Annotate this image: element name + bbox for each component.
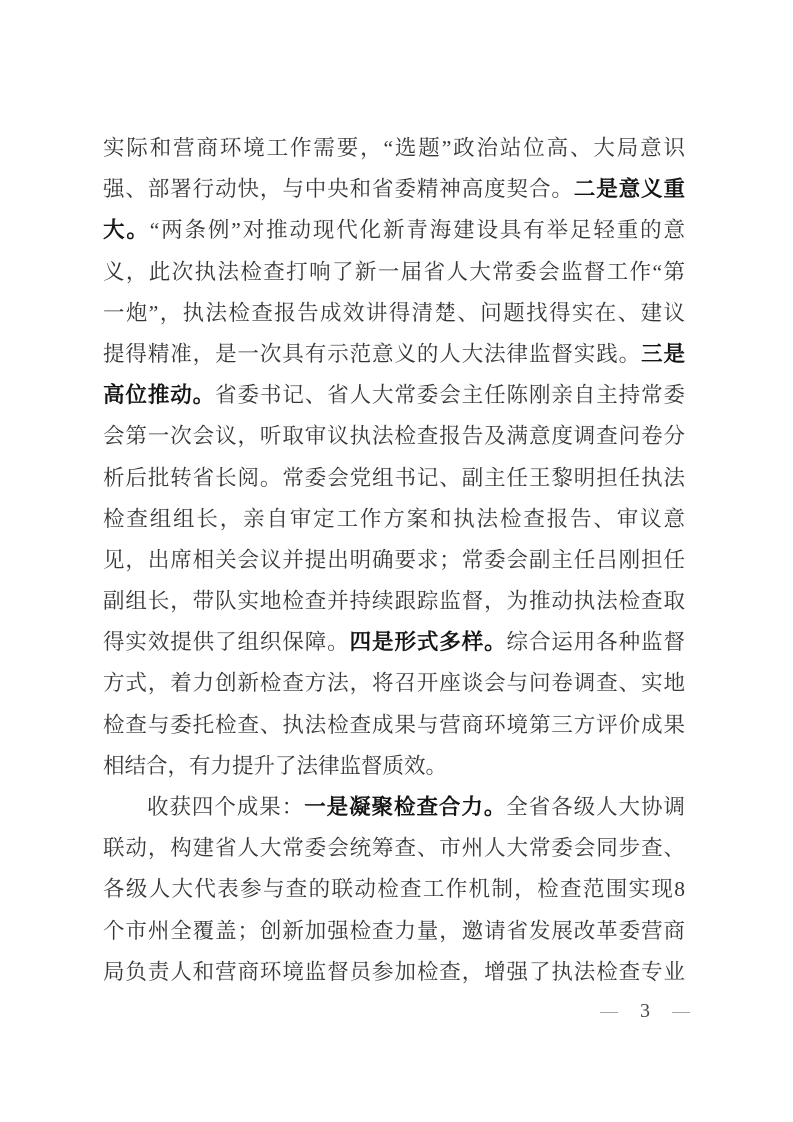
text-line: 收获四个成果：一是凝聚检查合力。全省各级人大协调 xyxy=(103,787,685,828)
text-segment: 检查组组长，亲自审定工作方案和执法检查报告、审议意 xyxy=(103,507,685,531)
text-line: 实际和营商环境工作需要，“选题”政治站位高、大局意识 xyxy=(103,128,685,169)
text-line: 析后批转省长阅。常委会党组书记、副主任王黎明担任执法 xyxy=(103,458,685,499)
bold-text-segment: 三是 xyxy=(641,342,685,366)
text-line: 副组长，带队实地检查并持续跟踪监督，为推动执法检查取 xyxy=(103,581,685,622)
page-number-value: 3 xyxy=(640,1000,650,1023)
text-segment: 全省各级人大协调 xyxy=(506,795,685,819)
text-segment: 相结合，有力提升了法律监督质效。 xyxy=(103,754,447,778)
page-number-dash-right: — xyxy=(672,1001,690,1022)
text-segment: 一炮”，执法检查报告成效讲得清楚、问题找得实在、建议 xyxy=(103,301,685,325)
text-line: 一炮”，执法检查报告成效讲得清楚、问题找得实在、建议 xyxy=(103,293,685,334)
text-segment: 各级人大代表参与查的联动检查工作机制，检查范围实现8 xyxy=(103,877,685,901)
text-segment: 收获四个成果： xyxy=(147,795,304,819)
text-segment: 得实效提供了组织保障。 xyxy=(103,630,350,654)
document-page: 实际和营商环境工作需要，“选题”政治站位高、大局意识强、部署行动快，与中央和省委… xyxy=(0,0,793,1122)
text-segment: 析后批转省长阅。常委会党组书记、副主任王黎明担任执法 xyxy=(103,466,685,490)
bold-text-segment: 高位推动。 xyxy=(103,383,215,407)
text-line: 大。“两条例”对推动现代化新青海建设具有举足轻重的意 xyxy=(103,210,685,251)
text-line: 方式，着力创新检查方法，将召开座谈会与问卷调查、实地 xyxy=(103,663,685,704)
text-segment: 检查与委托检查、执法检查成果与营商环境第三方评价成果 xyxy=(103,713,685,737)
text-segment: 局负责人和营商环境监督员参加检查，增强了执法检查专业 xyxy=(103,960,685,984)
text-segment: 副组长，带队实地检查并持续跟踪监督，为推动执法检查取 xyxy=(103,589,685,613)
text-segment: 义，此次执法检查打响了新一届省人大常委会监督工作“第 xyxy=(103,260,685,284)
text-line: 见，出席相关会议并提出明确要求；常委会副主任吕刚担任 xyxy=(103,540,685,581)
page-number: — 3 — xyxy=(600,997,690,1025)
text-line: 相结合，有力提升了法律监督质效。 xyxy=(103,746,685,787)
text-segment: 省委书记、省人大常委会主任陈刚亲自主持常委 xyxy=(215,383,685,407)
text-line: 联动，构建省人大常委会统筹查、市州人大常委会同步查、 xyxy=(103,828,685,869)
text-line: 个市州全覆盖；创新加强检查力量，邀请省发展改革委营商 xyxy=(103,911,685,952)
text-line: 强、部署行动快，与中央和省委精神高度契合。二是意义重 xyxy=(103,169,685,210)
text-segment: 方式，着力创新检查方法，将召开座谈会与问卷调查、实地 xyxy=(103,671,685,695)
text-segment: 提得精准，是一次具有示范意义的人大法律监督实践。 xyxy=(103,342,641,366)
text-segment: 综合运用各种监督 xyxy=(507,630,685,654)
bold-text-segment: 四是形式多样。 xyxy=(350,630,507,654)
text-line: 局负责人和营商环境监督员参加检查，增强了执法检查专业 xyxy=(103,952,685,993)
text-line: 检查组组长，亲自审定工作方案和执法检查报告、审议意 xyxy=(103,499,685,540)
text-segment: 会第一次会议，听取审议执法检查报告及满意度调查问卷分 xyxy=(103,424,685,448)
page-number-dash-left: — xyxy=(600,1001,618,1022)
bold-text-segment: 大。 xyxy=(103,218,150,242)
text-segment: “两条例”对推动现代化新青海建设具有举足轻重的意 xyxy=(150,218,685,242)
text-line: 得实效提供了组织保障。四是形式多样。综合运用各种监督 xyxy=(103,622,685,663)
text-line: 各级人大代表参与查的联动检查工作机制，检查范围实现8 xyxy=(103,869,685,910)
text-segment: 强、部署行动快，与中央和省委精神高度契合。 xyxy=(103,177,574,201)
text-segment: 联动，构建省人大常委会统筹查、市州人大常委会同步查、 xyxy=(103,836,685,860)
text-line: 检查与委托检查、执法检查成果与营商环境第三方评价成果 xyxy=(103,705,685,746)
text-segment: 个市州全覆盖；创新加强检查力量，邀请省发展改革委营商 xyxy=(103,919,685,943)
text-segment: 实际和营商环境工作需要，“选题”政治站位高、大局意识 xyxy=(103,136,685,160)
text-line: 高位推动。省委书记、省人大常委会主任陈刚亲自主持常委 xyxy=(103,375,685,416)
document-body: 实际和营商环境工作需要，“选题”政治站位高、大局意识强、部署行动快，与中央和省委… xyxy=(103,128,685,993)
text-segment: 见，出席相关会议并提出明确要求；常委会副主任吕刚担任 xyxy=(103,548,685,572)
bold-text-segment: 二是意义重 xyxy=(574,177,685,201)
bold-text-segment: 一是凝聚检查合力。 xyxy=(304,795,506,819)
text-line: 会第一次会议，听取审议执法检查报告及满意度调查问卷分 xyxy=(103,416,685,457)
text-line: 提得精准，是一次具有示范意义的人大法律监督实践。三是 xyxy=(103,334,685,375)
text-line: 义，此次执法检查打响了新一届省人大常委会监督工作“第 xyxy=(103,252,685,293)
